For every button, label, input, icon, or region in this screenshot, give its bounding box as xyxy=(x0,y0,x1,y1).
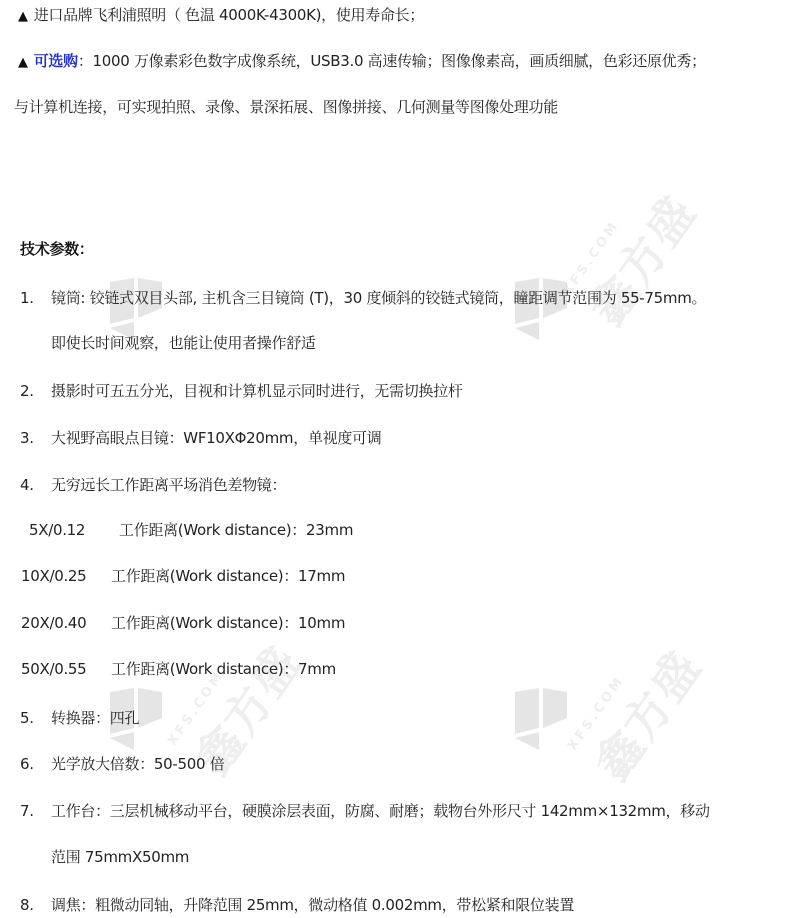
watermark-brand: XFS.COM鑫方盛 xyxy=(565,627,714,791)
item-number: 7. xyxy=(20,800,51,822)
item-text: 光学放大倍数：50-500 倍 xyxy=(51,755,224,773)
spec-item-2: 2.摄影时可五五分光，目视和计算机显示同时进行，无需切换拉杆 xyxy=(20,380,463,402)
specs-heading: 技术参数： xyxy=(20,238,94,260)
objective-distance: 工作距离(Work distance)：10mm xyxy=(111,614,345,632)
spec-item-3: 3.大视野高眼点目镜：WF10XΦ20mm，单视度可调 xyxy=(20,427,381,449)
spec-item-5: 5.转换器：四孔 xyxy=(20,707,139,729)
item-number: 6. xyxy=(20,753,51,775)
item-number: 3. xyxy=(20,427,51,449)
item-text: 大视野高眼点目镜：WF10XΦ20mm，单视度可调 xyxy=(51,429,381,447)
feature-optional-continuation: 与计算机连接，可实现拍照、录像、景深拓展、图像拼接、几何测量等图像处理功能 xyxy=(14,96,558,118)
item-number: 2. xyxy=(20,380,51,402)
spec-item-1-continuation: 即使长时间观察，也能让使用者操作舒适 xyxy=(51,332,316,354)
spec-item-8: 8.调焦：粗微动同轴，升降范围 25mm，微动格值 0.002mm，带松紧和限位… xyxy=(20,894,574,916)
feature-optional: ▲可选购：1000 万像素彩色数字成像系统，USB3.0 高速传输；图像像素高，… xyxy=(18,50,706,74)
item-number: 5. xyxy=(20,707,51,729)
objective-row: 50X/0.55工作距离(Work distance)：7mm xyxy=(21,658,336,680)
item-text: 调焦：粗微动同轴，升降范围 25mm，微动格值 0.002mm，带松紧和限位装置 xyxy=(51,896,574,914)
objective-row: 10X/0.25工作距离(Work distance)：17mm xyxy=(21,565,345,587)
objective-distance: 工作距离(Work distance)：17mm xyxy=(111,567,345,585)
objective-row: 20X/0.40工作距离(Work distance)：10mm xyxy=(21,612,345,634)
item-text: 转换器：四孔 xyxy=(51,709,139,727)
watermark-logo-icon xyxy=(515,688,575,750)
item-text: 无穷远长工作距离平场消色差物镜： xyxy=(51,476,286,494)
item-text: 镜筒: 铰链式双目头部, 主机含三目镜筒 (T)，30 度倾斜的铰链式镜筒，瞳距… xyxy=(51,289,706,307)
item-text: 摄影时可五五分光，目视和计算机显示同时进行，无需切换拉杆 xyxy=(51,382,463,400)
objective-row: 5X/0.12工作距离(Work distance)：23mm xyxy=(29,519,353,541)
triangle-marker-icon: ▲ xyxy=(18,9,28,24)
item-number: 1. xyxy=(20,287,51,309)
spec-item-7: 7.工作台：三层机械移动平台，硬膜涂层表面，防腐、耐磨；载物台外形尺寸 142m… xyxy=(20,800,710,822)
objective-model: 5X/0.12 xyxy=(29,519,119,541)
item-number: 8. xyxy=(20,894,51,916)
objective-model: 20X/0.40 xyxy=(21,612,111,634)
objective-model: 50X/0.55 xyxy=(21,658,111,680)
item-number: 4. xyxy=(20,474,51,496)
triangle-marker-icon: ▲ xyxy=(18,55,28,70)
spec-item-1: 1.镜筒: 铰链式双目头部, 主机含三目镜筒 (T)，30 度倾斜的铰链式镜筒，… xyxy=(20,287,706,309)
objective-distance: 工作距离(Work distance)：7mm xyxy=(111,660,336,678)
objective-model: 10X/0.25 xyxy=(21,565,111,587)
watermark-brand: XFS.COM鑫方盛 xyxy=(560,172,709,336)
feature-text: 进口品牌飞利浦照明（ 色温 4000K-4300K)，使用寿命长； xyxy=(34,6,424,24)
feature-lighting: ▲进口品牌飞利浦照明（ 色温 4000K-4300K)，使用寿命长； xyxy=(18,4,424,28)
spec-item-7-continuation: 范围 75mmX50mm xyxy=(51,846,189,868)
feature-text: ：1000 万像素彩色数字成像系统，USB3.0 高速传输；图像像素高，画质细腻… xyxy=(78,52,706,70)
item-text: 工作台：三层机械移动平台，硬膜涂层表面，防腐、耐磨；载物台外形尺寸 142mm×… xyxy=(51,802,710,820)
spec-item-4: 4.无穷远长工作距离平场消色差物镜： xyxy=(20,474,286,496)
objective-distance: 工作距离(Work distance)：23mm xyxy=(119,521,353,539)
spec-item-6: 6.光学放大倍数：50-500 倍 xyxy=(20,753,224,775)
optional-label: 可选购 xyxy=(34,52,78,70)
